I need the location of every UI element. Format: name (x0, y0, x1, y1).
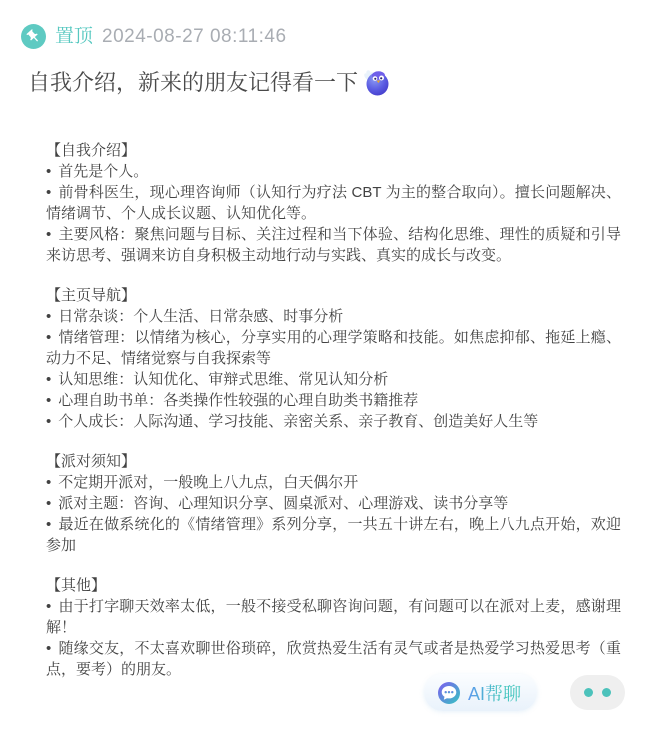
bullet-marker: • (46, 413, 51, 430)
section-heading: 【派对须知】 (46, 451, 621, 472)
ai-chat-label: AI帮聊 (468, 680, 521, 706)
section-self-intro: 【自我介绍】 •首先是个人。 •前骨科医生，现心理咨询师（认知行为疗法 CBT … (46, 140, 621, 266)
bullet-item: •认知思维：认知优化、审辩式思维、常见认知分析 (46, 369, 621, 390)
pin-icon (21, 24, 46, 49)
post-body: 【自我介绍】 •首先是个人。 •前骨科医生，现心理咨询师（认知行为疗法 CBT … (46, 140, 621, 680)
bullet-item: •个人成长：人际沟通、学习技能、亲密关系、亲子教育、创造美好人生等 (46, 411, 621, 432)
bullet-text: 认知思维：认知优化、审辩式思维、常见认知分析 (58, 371, 388, 388)
bullet-item: •情绪管理：以情绪为核心，分享实用的心理学策略和技能。如焦虑抑郁、拖延上瘾、动力… (46, 327, 621, 369)
bullet-item: •前骨科医生，现心理咨询师（认知行为疗法 CBT 为主的整合取向）。擅长问题解决… (46, 182, 621, 224)
bullet-item: •由于打字聊天效率太低，一般不接受私聊咨询问题，有问题可以在派对上麦，感谢理解！ (46, 596, 621, 638)
bullet-marker: • (46, 516, 51, 533)
bullet-marker: • (46, 640, 51, 657)
bullet-text: 个人成长：人际沟通、学习技能、亲密关系、亲子教育、创造美好人生等 (58, 413, 538, 430)
bullet-marker: • (46, 598, 51, 615)
bullet-marker: • (46, 308, 51, 325)
section-heading: 【主页导航】 (46, 285, 621, 306)
bullet-marker: • (46, 371, 51, 388)
bullet-marker: • (46, 495, 51, 512)
blue-bird-emoji (361, 67, 391, 97)
bullet-text: 前骨科医生，现心理咨询师（认知行为疗法 CBT 为主的整合取向）。擅长问题解决、… (46, 184, 621, 222)
section-other: 【其他】 •由于打字聊天效率太低，一般不接受私聊咨询问题，有问题可以在派对上麦，… (46, 575, 621, 680)
bullet-marker: • (46, 474, 51, 491)
bullet-item: •派对主题：咨询、心理知识分享、圆桌派对、心理游戏、读书分享等 (46, 493, 621, 514)
section-heading: 【其他】 (46, 575, 621, 596)
section-party-notice: 【派对须知】 •不定期开派对，一般晚上八九点，白天偶尔开 •派对主题：咨询、心理… (46, 451, 621, 556)
ai-chat-button[interactable]: AI帮聊 (424, 674, 537, 711)
bullet-item: •主要风格：聚焦问题与目标、关注过程和当下体验、结构化思维、理性的质疑和引导来访… (46, 224, 621, 266)
bullet-marker: • (46, 184, 51, 201)
bullet-marker: • (46, 329, 51, 346)
bullet-item: •首先是个人。 (46, 161, 621, 182)
bullet-text: 情绪管理：以情绪为核心，分享实用的心理学策略和技能。如焦虑抑郁、拖延上瘾、动力不… (46, 329, 621, 367)
section-home-nav: 【主页导航】 •日常杂谈：个人生活、日常杂感、时事分析 •情绪管理：以情绪为核心… (46, 285, 621, 432)
bullet-marker: • (46, 226, 51, 243)
bullet-marker: • (46, 392, 51, 409)
section-heading: 【自我介绍】 (46, 140, 621, 161)
bullet-text: 由于打字聊天效率太低，一般不接受私聊咨询问题，有问题可以在派对上麦，感谢理解！ (46, 598, 621, 636)
bullet-text: 随缘交友，不太喜欢聊世俗琐碎，欣赏热爱生活有灵气或者是热爱学习热爱思考（重点，要… (46, 640, 621, 678)
bullet-text: 日常杂谈：个人生活、日常杂感、时事分析 (58, 308, 343, 325)
more-dot-icon (584, 688, 593, 697)
more-dot-icon (602, 688, 611, 697)
bullet-text: 最近在做系统化的《情绪管理》系列分享，一共五十讲左右，晚上八九点开始，欢迎参加 (46, 516, 621, 554)
bullet-item: •不定期开派对，一般晚上八九点，白天偶尔开 (46, 472, 621, 493)
bullet-text: 派对主题：咨询、心理知识分享、圆桌派对、心理游戏、读书分享等 (58, 495, 508, 512)
post-title-text: 自我介绍，新来的朋友记得看一下 (28, 66, 358, 97)
bullet-item: •日常杂谈：个人生活、日常杂感、时事分析 (46, 306, 621, 327)
footer-actions: AI帮聊 (424, 674, 625, 711)
bullet-marker: • (46, 163, 51, 180)
bullet-text: 首先是个人。 (58, 163, 148, 180)
post-meta-row: 置顶 2024-08-27 08:11:46 (21, 24, 287, 49)
post-timestamp: 2024-08-27 08:11:46 (102, 26, 287, 48)
pinned-badge: 置顶 (55, 24, 93, 49)
ai-chat-icon (437, 681, 461, 705)
post-card: 置顶 2024-08-27 08:11:46 自我介绍，新来的朋友记得看一下 (0, 0, 650, 731)
bullet-text: 心理自助书单：各类操作性较强的心理自助类书籍推荐 (58, 392, 418, 409)
bullet-text: 主要风格：聚焦问题与目标、关注过程和当下体验、结构化思维、理性的质疑和引导来访思… (46, 226, 621, 264)
bullet-text: 不定期开派对，一般晚上八九点，白天偶尔开 (58, 474, 358, 491)
bullet-item: •最近在做系统化的《情绪管理》系列分享，一共五十讲左右，晚上八九点开始，欢迎参加 (46, 514, 621, 556)
more-options-button[interactable] (570, 675, 625, 710)
bullet-item: •心理自助书单：各类操作性较强的心理自助类书籍推荐 (46, 390, 621, 411)
post-title: 自我介绍，新来的朋友记得看一下 (28, 66, 626, 97)
